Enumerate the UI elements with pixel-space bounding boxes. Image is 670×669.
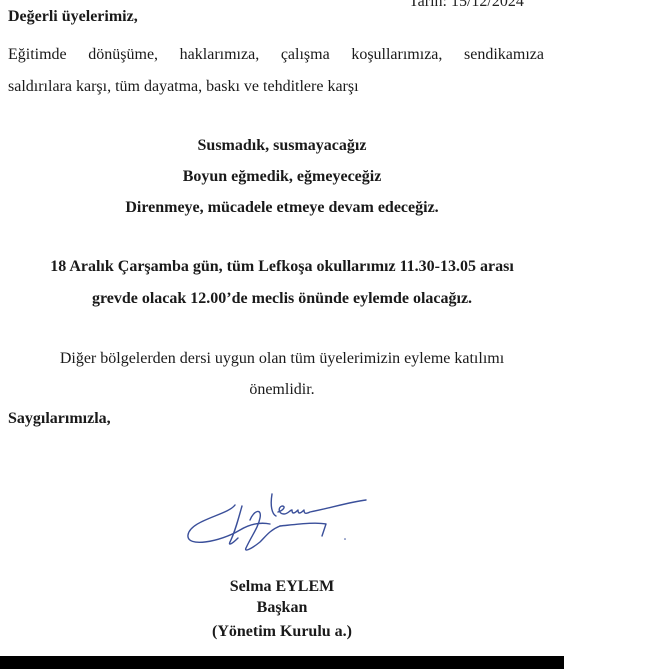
bottom-black-bar: [0, 656, 564, 669]
signer-name: Selma EYLEM: [150, 578, 414, 596]
intro-line-1: Eğitimde dönüşüme, haklarımıza, çalışma …: [8, 46, 544, 64]
signer-title: Başkan: [150, 599, 414, 617]
slogan-line: Boyun eğmedik, eğmeyeceğiz: [0, 168, 564, 186]
announcement-line: grevde olacak 12.00’de meclis önünde eyl…: [0, 290, 564, 308]
closing: Saygılarımızla,: [8, 410, 111, 428]
signature-icon: [180, 480, 380, 560]
document-date: Tarih: 15/12/2024: [409, 0, 524, 11]
signer-role: (Yönetim Kurulu a.): [150, 623, 414, 641]
greeting: Değerli üyelerimiz,: [8, 8, 138, 26]
slogan-line: Susmadık, susmayacağız: [0, 137, 564, 155]
note-line: Diğer bölgelerden dersi uygun olan tüm ü…: [0, 350, 564, 368]
intro-line-2: saldırılara karşı, tüm dayatma, baskı ve…: [8, 78, 359, 96]
slogan-line: Direnmeye, mücadele etmeye devam edeceği…: [0, 199, 564, 217]
note-line: önemlidir.: [0, 381, 564, 399]
announcement-line: 18 Aralık Çarşamba gün, tüm Lefkoşa okul…: [0, 258, 564, 276]
